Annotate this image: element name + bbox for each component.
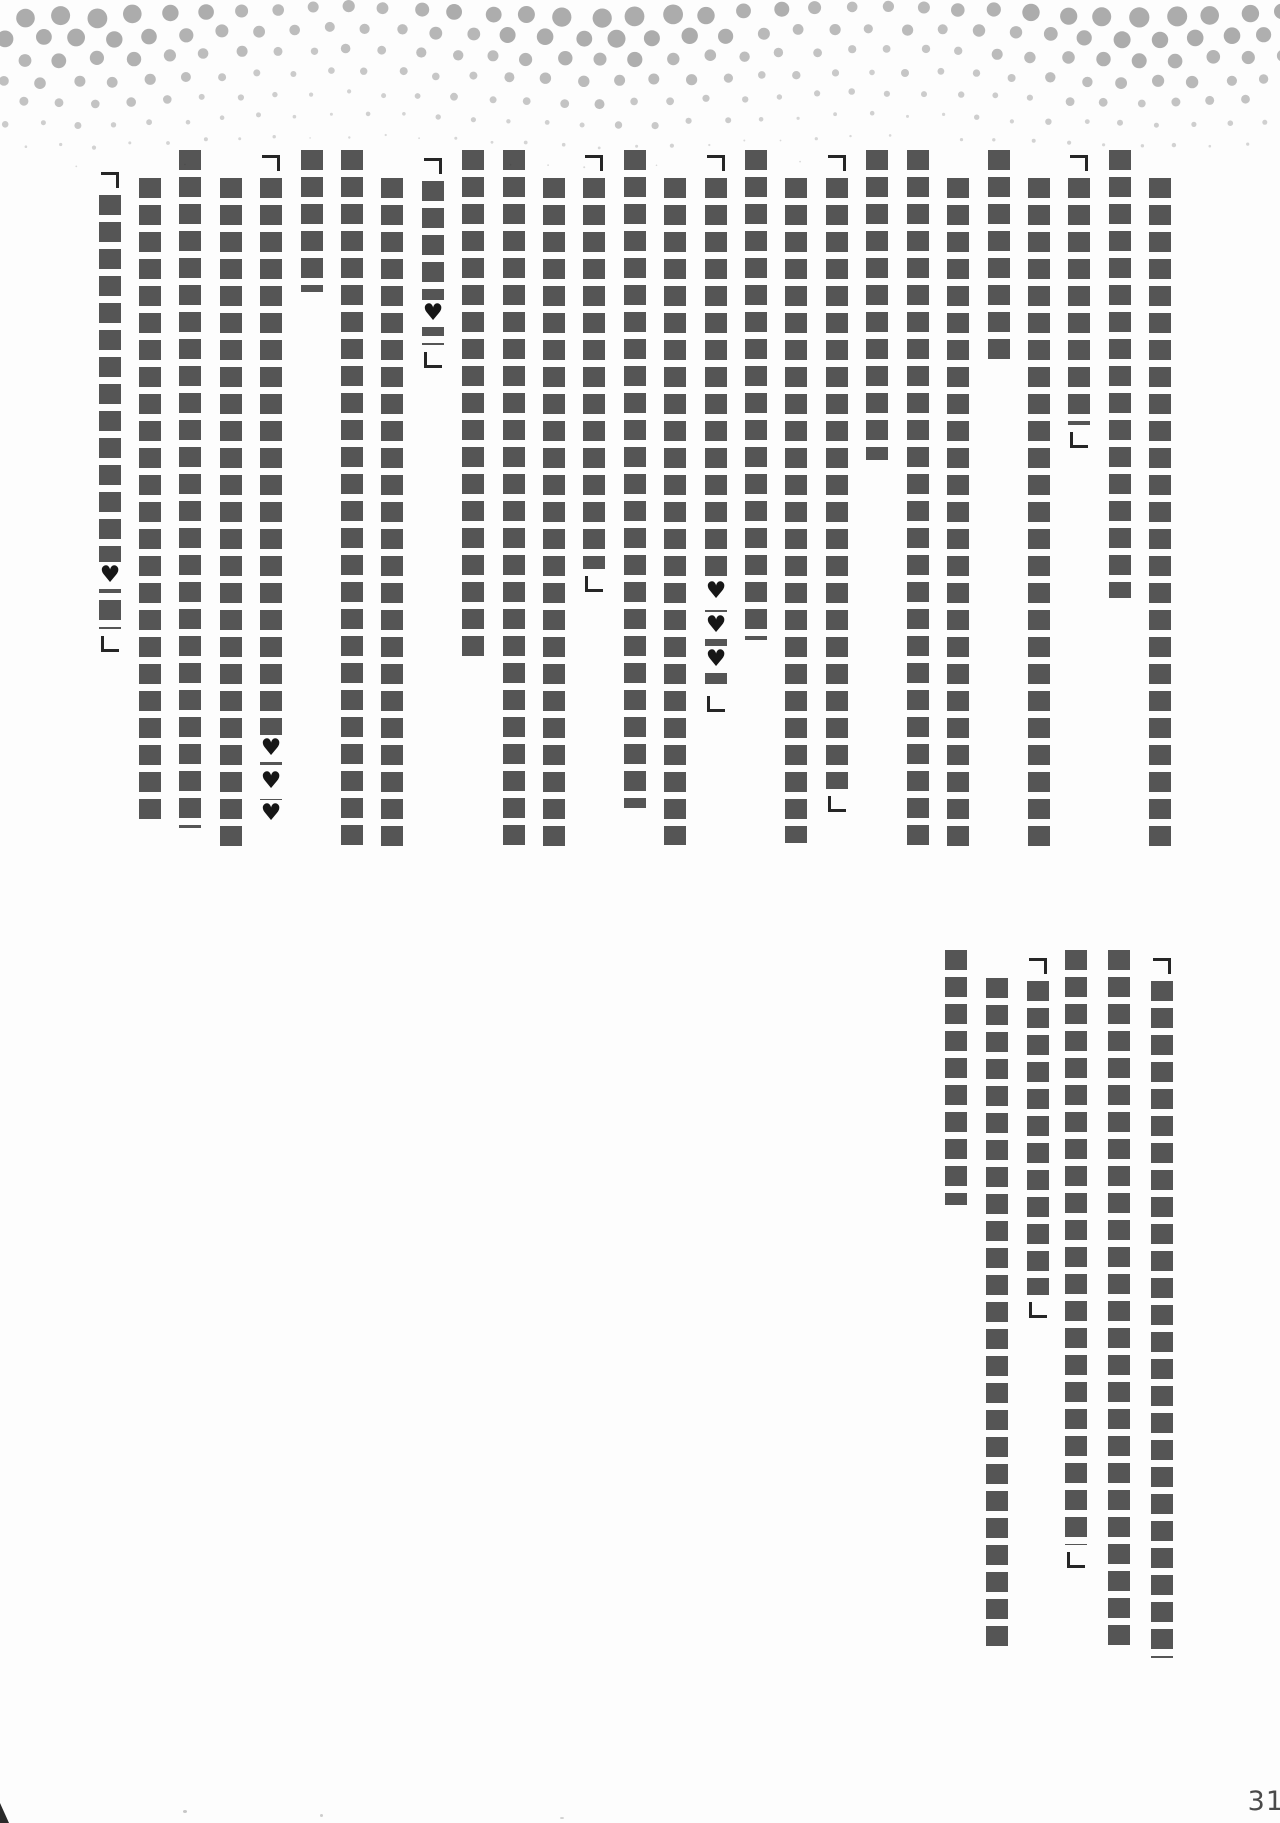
halftone-dot [92,146,96,150]
heart-icon: ♥ [99,562,122,589]
halftone-dot [1259,74,1268,83]
halftone-dot [289,25,300,36]
halftone-dot [537,28,554,45]
halftone-dot [630,98,638,106]
halftone-dot [19,97,28,106]
halftone-dot [491,141,494,144]
halftone-dot [293,115,297,119]
redacted-text-column [581,155,607,592]
heart-icon: ♥ [422,300,445,327]
halftone-dot [490,96,497,103]
halftone-dot [309,137,311,139]
redacted-text-column [1066,155,1092,448]
halftone-dot [545,120,550,125]
heart-icon: ♥ [705,646,728,673]
halftone-dot [648,74,659,85]
halftone-dot [938,68,945,75]
halftone-dot [938,24,948,34]
close-quote-bracket [424,352,442,368]
halftone-dot [308,2,319,13]
halftone-dot [429,27,442,40]
redacted-glyph-run [179,150,201,828]
halftone-dot [74,122,81,129]
halftone-dot [1191,122,1196,127]
redacted-glyph-run [866,150,888,460]
halftone-dot [666,97,674,105]
redacted-text-column [1026,178,1052,850]
halftone-dot [88,9,108,29]
halftone-dot [415,93,421,99]
halftone-dot [385,134,387,136]
halftone-dot [1152,32,1168,48]
halftone-dot [253,26,265,38]
halftone-dot [1010,119,1014,123]
halftone-dot [91,100,100,109]
redacted-text-column [662,178,688,845]
redacted-glyph-run [139,178,161,822]
redacted-text-column [1147,178,1173,850]
halftone-dot [519,53,532,66]
open-quote-bracket [262,155,280,171]
close-quote-bracket [828,796,846,812]
halftone-dot [55,98,64,107]
open-quote-bracket [424,158,442,174]
redacted-glyph-run [1108,950,1130,1652]
redacted-text-column [984,978,1010,1650]
halftone-dot [330,113,333,116]
halftone-dot [973,24,985,36]
halftone-dot [215,24,228,37]
halftone-dot [75,166,77,168]
halftone-dot [366,112,371,117]
scanned-doujinshi-text-page: ♥♥♥♥♥♥♥♥ 31 [0,0,1280,1823]
halftone-dot [864,24,873,33]
halftone-dot [67,29,85,47]
halftone-dot [758,71,766,79]
halftone-dot [325,22,335,32]
redacted-text-column [137,178,163,822]
halftone-dot [311,48,318,55]
halftone-dot [51,53,66,68]
halftone-dot [686,118,692,124]
halftone-dot [780,140,782,142]
halftone-dot [1008,74,1016,82]
halftone-dot [814,90,820,96]
halftone-dot [815,137,818,140]
redacted-glyph-run [301,150,323,292]
halftone-dot [724,74,733,83]
redacted-glyph-run [1149,178,1171,850]
halftone-dot [627,52,642,67]
redacted-text-column [943,950,969,1205]
halftone-dot [614,75,625,86]
halftone-dot [41,120,46,125]
halftone-dot [832,69,839,76]
halftone-dot [808,1,821,14]
redacted-text-column: ♥♥♥ [703,155,729,712]
halftone-dot [799,161,801,163]
halftone-dot [906,115,909,118]
halftone-dot [145,74,156,85]
halftone-dot [1045,72,1055,82]
halftone-dot [34,77,46,89]
halftone-dot [469,72,477,80]
halftone-dot [381,93,386,98]
halftone-dot [220,115,225,120]
halftone-dot [1024,52,1035,63]
halftone-dot [1132,53,1147,68]
halftone-dot [126,97,136,107]
redacted-glyph-run [1028,178,1050,850]
halftone-dot [560,99,569,108]
halftone-dot [593,9,612,28]
halftone-dot [918,2,930,14]
halftone-dot [19,54,32,67]
open-quote-bracket [707,155,725,171]
halftone-dot [107,77,118,88]
halftone-dot [951,3,965,17]
redacted-text-column [501,150,527,846]
halftone-dot [272,4,284,16]
halftone-dot [958,91,964,97]
redacted-text-column: ♥ [97,172,123,652]
halftone-dot [615,121,622,128]
redacted-text-column [743,150,769,640]
halftone-dot [181,72,191,82]
redacted-glyph-run [745,150,767,640]
halftone-dot [328,67,335,74]
halftone-dot [25,145,28,148]
halftone-dot [377,2,389,14]
halftone-dot [162,5,178,21]
halftone-dot [705,49,717,61]
halftone-dot [253,69,260,76]
redacted-glyph-run [1027,981,1049,1295]
heart-icon: ♥ [260,768,283,795]
halftone-dot [290,71,296,77]
close-quote-bracket [1029,1302,1047,1318]
halftone-dot [830,24,841,35]
halftone-dot [922,45,930,53]
halftone-dot [1099,98,1108,107]
halftone-dot [1067,141,1071,145]
halftone-dot [1027,95,1033,101]
open-quote-bracket [1029,958,1047,974]
halftone-dot [902,25,913,36]
close-quote-bracket [1070,432,1088,448]
close-quote-bracket [707,696,725,712]
redacted-glyph-run [785,178,807,843]
halftone-dot [644,30,660,46]
halftone-dot [974,115,979,120]
halftone-dot [1138,100,1146,108]
halftone-dot [1129,7,1149,27]
halftone-dot [901,69,909,77]
halftone-dot [552,8,571,27]
halftone-dot [51,6,70,25]
redacted-text-column [1025,958,1051,1318]
redacted-glyph-run [988,150,1010,360]
halftone-dot [360,24,370,34]
halftone-dot [1044,27,1058,41]
halftone-dot [0,76,9,86]
halftone-dot [635,145,638,148]
page-number: 31 [1248,1786,1280,1817]
redacted-glyph-run [543,178,565,846]
halftone-dot [1274,4,1280,20]
halftone-dot [1256,27,1271,42]
halftone-dot [580,123,585,128]
halftone-dot [833,112,837,116]
halftone-dot [400,67,408,75]
redacted-text-column [218,178,244,850]
halftone-dot [725,117,731,123]
halftone-dot [360,68,367,75]
halftone-dot [1228,120,1234,126]
halftone-dot [0,31,13,48]
halftone-dot [256,112,261,117]
redacted-glyph-run [341,150,363,846]
halftone-dot [1241,95,1250,104]
halftone-dot [272,92,277,97]
halftone-dot [1077,30,1092,45]
halftone-dot [742,96,748,102]
halftone-dot [608,30,626,48]
halftone-dot [1207,50,1221,64]
halftone-dot [578,76,589,87]
halftone-dot [1154,123,1159,128]
halftone-dot [199,94,205,100]
halftone-dot [274,47,283,56]
redacted-text-column [1107,150,1133,598]
halftone-dot [1092,7,1111,26]
halftone-dot [163,95,172,104]
halftone-dot [1227,76,1237,86]
halftone-dot [1171,98,1180,107]
halftone-dot [777,94,782,99]
halftone-dot [90,51,104,65]
heart-icon: ♥ [705,578,728,605]
halftone-dot [793,24,804,35]
redacted-glyph-run [583,178,605,569]
halftone-dot [488,50,499,61]
redacted-glyph-run [826,178,848,789]
halftone-dot [774,2,789,17]
halftone-dot [1066,97,1075,106]
halftone-dot [759,117,764,122]
halftone-dot [558,51,572,65]
halftone-dot [518,6,535,23]
halftone-dot [141,29,157,45]
halftone-dot [471,117,476,122]
halftone-dot [1242,51,1255,64]
halftone-dot [341,44,351,54]
halftone-dot [1152,75,1164,87]
halftone-dot [595,99,605,109]
redacted-glyph-run [462,150,484,658]
halftone-dot [813,48,822,57]
redacted-text-column [783,178,809,843]
redacted-glyph-run [624,150,646,808]
halftone-dot [273,135,276,138]
halftone-dot [59,143,62,146]
open-quote-bracket [1070,155,1088,171]
redacted-text-column [622,150,648,808]
scan-artifact-speck [320,1814,323,1817]
halftone-dot [1010,26,1022,38]
halftone-dot [1117,120,1123,126]
halftone-dot [237,46,248,57]
halftone-dot [127,52,141,66]
halftone-dot [848,45,856,53]
open-quote-bracket [1153,958,1171,974]
halftone-dot [198,4,214,20]
redacted-text-column [177,150,203,828]
halftone-dot [663,5,683,25]
halftone-dot [1172,143,1176,147]
halftone-dot [1262,120,1267,125]
redacted-glyph-run [1109,150,1131,598]
open-quote-bracket [585,155,603,171]
redacted-text-column [1149,958,1175,1658]
halftone-dot [524,141,528,145]
halftone-dot [702,95,709,102]
open-quote-bracket [828,155,846,171]
halftone-dot [1062,51,1075,64]
halftone-dot [1186,76,1198,88]
close-quote-bracket [585,576,603,592]
halftone-dot [454,137,457,140]
halftone-dot [504,72,514,82]
halftone-dot [436,114,441,119]
halftone-dot [992,138,995,141]
halftone-dot [1141,144,1144,147]
halftone-dot [883,45,891,53]
halftone-dot [718,29,733,44]
halftone-dot [377,46,386,55]
halftone-dot [415,3,429,17]
halftone-dot [739,52,749,62]
open-quote-bracket [101,172,119,188]
redacted-glyph-run [907,150,929,850]
halftone-dot [987,2,1001,16]
redacted-text-column [339,150,365,846]
redacted-text-column [379,178,405,846]
scan-artifact-corner [0,1803,9,1823]
halftone-dot [123,5,142,24]
halftone-dot [198,48,209,59]
halftone-dot [849,135,851,137]
halftone-dot [1102,143,1105,146]
halftone-dot [16,9,35,28]
halftone-dot [883,1,894,12]
halftone-dot [309,93,313,97]
halftone-dot [416,47,426,57]
halftone-dot [884,91,890,97]
redacted-text-column [1063,950,1089,1568]
halftone-dot [36,29,52,45]
redacted-text-column [824,155,850,812]
halftone-dot [670,144,674,148]
halftone-dot [235,5,248,18]
redacted-text-column [1106,950,1132,1652]
halftone-dot [1246,143,1249,146]
close-quote-bracket [101,636,119,652]
halftone-dot [2,121,9,128]
halftone-dot [774,48,783,57]
redacted-glyph-run [986,978,1008,1650]
halftone-dot [500,27,516,43]
halftone-dot [106,31,122,47]
halftone-dot [1082,77,1092,87]
redacted-glyph-run [1068,178,1090,425]
halftone-dot [523,97,531,105]
halftone-dot [921,91,927,97]
redacted-text-column [905,150,931,850]
halftone-dot [402,112,406,116]
halftone-dot [562,143,566,147]
halftone-dot [960,138,963,141]
scan-artifact-speck [183,1810,187,1813]
halftone-dot [1167,6,1187,26]
halftone-dot [973,69,980,76]
redacted-glyph-run [947,178,969,848]
halftone-dot [708,144,710,146]
halftone-dot [450,93,458,101]
redacted-glyph-run [945,950,967,1205]
halftone-dot [758,28,770,40]
halftone-dot [146,119,152,125]
halftone-dot [942,113,945,116]
halftone-dot [1242,5,1259,22]
redacted-glyph-run [220,178,242,850]
halftone-dot [869,70,875,76]
halftone-dot [453,50,463,60]
halftone-dot [1022,4,1039,21]
halftone-dot [697,7,714,24]
halftone-dot [1085,119,1090,124]
halftone-dot [848,88,855,95]
halftone-dot [656,165,658,167]
halftone-dot [1114,31,1131,48]
halftone-dot [870,111,875,116]
halftone-dot [686,74,697,85]
halftone-dot [348,136,350,138]
redacted-glyph-run [1151,981,1173,1658]
halftone-dot [1045,119,1051,125]
redacted-glyph-run [1065,950,1087,1545]
halftone-dot [598,147,601,150]
redacted-text-column [986,150,1012,360]
halftone-dot [186,120,191,125]
halftone-dot [1032,139,1036,143]
halftone-dot [1224,27,1241,44]
halftone-dot [1200,6,1219,25]
halftone-dot [74,76,85,87]
halftone-dot [736,3,751,18]
halftone-dot [667,53,679,65]
halftone-dot [164,49,176,61]
halftone-dot [992,92,998,98]
halftone-dot [792,71,800,79]
halftone-dot [204,137,208,141]
halftone-dot [625,7,645,27]
halftone-dot [486,7,502,23]
halftone-dot [446,4,462,20]
halftone-dot [1060,8,1077,25]
halftone-dot [1115,77,1127,89]
halftone-dot [179,28,193,42]
